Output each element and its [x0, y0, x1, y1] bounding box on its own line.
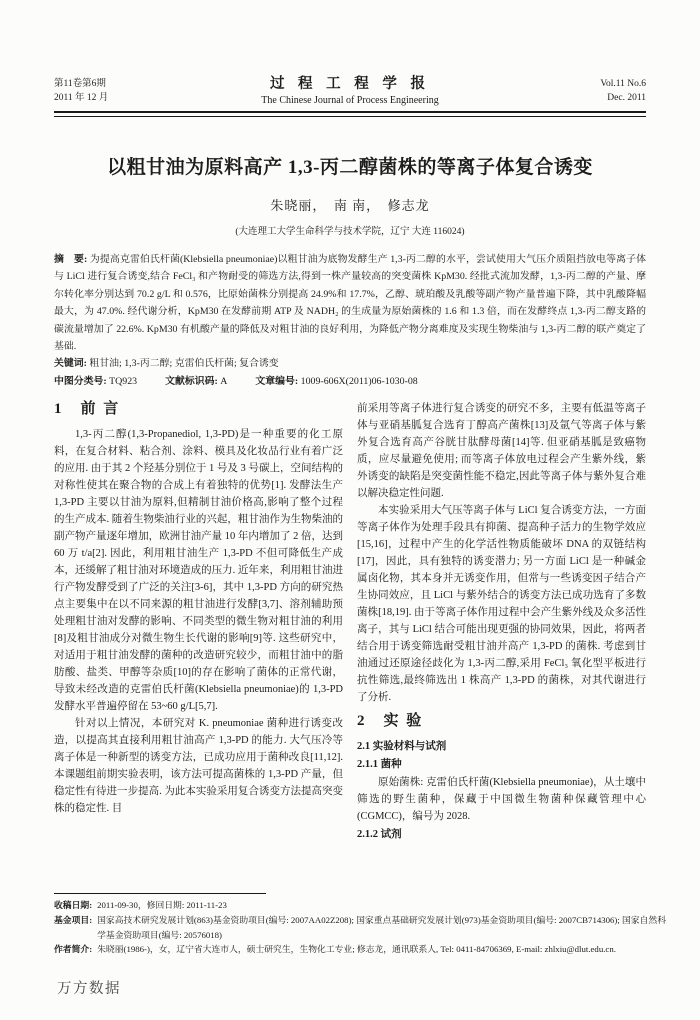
body-columns: 1 前 言 1,3-丙二醇(1,3-Propanediol, 1,3-PD)是一… — [54, 400, 646, 908]
affiliation-line: (大连理工大学生命科学与技术学院，辽宁 大连 116024) — [54, 223, 646, 237]
funding-row: 基金项目: 国家高技术研究发展计划(863)基金资助项目(编号: 2007AA0… — [54, 913, 666, 943]
received-date-label: 收稿日期: — [54, 898, 92, 913]
date-en: Dec. 2011 — [536, 91, 646, 105]
section-1-heading: 1 前 言 — [54, 401, 343, 418]
received-date-row: 收稿日期: 2011-09-30，修回日期: 2011-11-23 — [54, 898, 666, 913]
date-cn: 2011 年 12 月 — [54, 91, 164, 105]
header-left: 第11卷第6期 2011 年 12 月 — [54, 77, 164, 105]
header-divider-rule — [54, 111, 646, 117]
clc-label: 中图分类号: — [54, 376, 107, 387]
right-paragraph-1: 前采用等离子体进行复合诱变的研究不多，主要有低温等离子体与亚硝基胍复合选育丁醇高… — [357, 400, 646, 502]
author-bio-label: 作者简介: — [54, 942, 92, 957]
left-column: 1 前 言 1,3-丙二醇(1,3-Propanediol, 1,3-PD)是一… — [54, 400, 343, 908]
article-title: 以粗甘油为原料高产 1,3-丙二醇菌株的等离子体复合诱变 — [54, 152, 646, 179]
section-2-1-heading: 2.1 实验材料与试剂 — [357, 738, 646, 755]
classification-line: 中图分类号: TQ923文献标识码: A文章编号: 1009-606X(2011… — [54, 373, 646, 390]
header-center: 过 程 工 程 学 报 The Chinese Journal of Proce… — [164, 77, 536, 107]
left-paragraph-2: 针对以上情况，本研究对 K. pneumoniae 菌种进行诱变改造，以提高其直… — [54, 715, 343, 817]
section-2-1-1-heading: 2.1.1 菌种 — [357, 756, 646, 773]
page-content: 第11卷第6期 2011 年 12 月 过 程 工 程 学 报 The Chin… — [54, 0, 646, 908]
volume-issue-cn: 第11卷第6期 — [54, 77, 164, 91]
wanfang-watermark: 万方数据 — [57, 977, 121, 998]
volume-issue-en: Vol.11 No.6 — [536, 77, 646, 91]
footnote-block: 收稿日期: 2011-09-30，修回日期: 2011-11-23 基金项目: … — [54, 893, 666, 957]
article-id-value: 1009-606X(2011)06-1030-08 — [301, 376, 418, 387]
journal-title-cn: 过 程 工 程 学 报 — [164, 77, 536, 92]
doc-code-label: 文献标识码: — [165, 376, 218, 387]
author-bio-value: 朱晓丽(1986-)，女，辽宁省大连市人，硕士研究生，生物化工专业; 修志龙，通… — [97, 942, 666, 957]
keywords-label: 关键词: — [54, 358, 87, 369]
header-right: Vol.11 No.6 Dec. 2011 — [536, 77, 646, 105]
journal-header: 第11卷第6期 2011 年 12 月 过 程 工 程 学 报 The Chin… — [54, 0, 646, 107]
left-paragraph-1: 1,3-丙二醇(1,3-Propanediol, 1,3-PD)是一种重要的化工… — [54, 426, 343, 715]
keywords-text: 粗甘油; 1,3-丙二醇; 克雷伯氏杆菌; 复合诱变 — [89, 358, 278, 369]
keywords-line: 关键词: 粗甘油; 1,3-丙二醇; 克雷伯氏杆菌; 复合诱变 — [54, 355, 646, 372]
section-2-1-2-heading: 2.1.2 试剂 — [357, 826, 646, 843]
section-2-heading: 2 实 验 — [357, 713, 646, 730]
journal-title-en: The Chinese Journal of Process Engineeri… — [164, 94, 536, 107]
footnote-divider-rule — [54, 893, 266, 894]
right-paragraph-2: 本实验采用大气压等离子体与 LiCl 复合诱变方法，一方面等离子体作为处理手段具… — [357, 502, 646, 706]
article-id-label: 文章编号: — [255, 376, 298, 387]
doc-code-value: A — [220, 376, 227, 387]
author-bio-row: 作者简介: 朱晓丽(1986-)，女，辽宁省大连市人，硕士研究生，生物化工专业;… — [54, 942, 666, 957]
funding-value: 国家高技术研究发展计划(863)基金资助项目(编号: 2007AA02Z208)… — [97, 913, 666, 943]
right-paragraph-3: 原始菌株: 克雷伯氏杆菌(Klebsiella pneumoniae)，从土壤中… — [357, 774, 646, 825]
abstract-paragraph: 摘 要: 为提高克雷伯氏杆菌(Klebsiella pneumoniae)以粗甘… — [54, 251, 646, 355]
funding-label: 基金项目: — [54, 913, 92, 928]
right-column: 前采用等离子体进行复合诱变的研究不多，主要有低温等离子体与亚硝基胍复合选育丁醇高… — [357, 400, 646, 908]
abstract-label: 摘 要: — [54, 254, 87, 265]
clc-value: TQ923 — [109, 376, 137, 387]
received-date-value: 2011-09-30，修回日期: 2011-11-23 — [97, 898, 666, 913]
abstract-text: 为提高克雷伯氏杆菌(Klebsiella pneumoniae)以粗甘油为底物发… — [54, 254, 646, 352]
author-line: 朱晓丽， 南 南， 修志龙 — [54, 195, 646, 214]
